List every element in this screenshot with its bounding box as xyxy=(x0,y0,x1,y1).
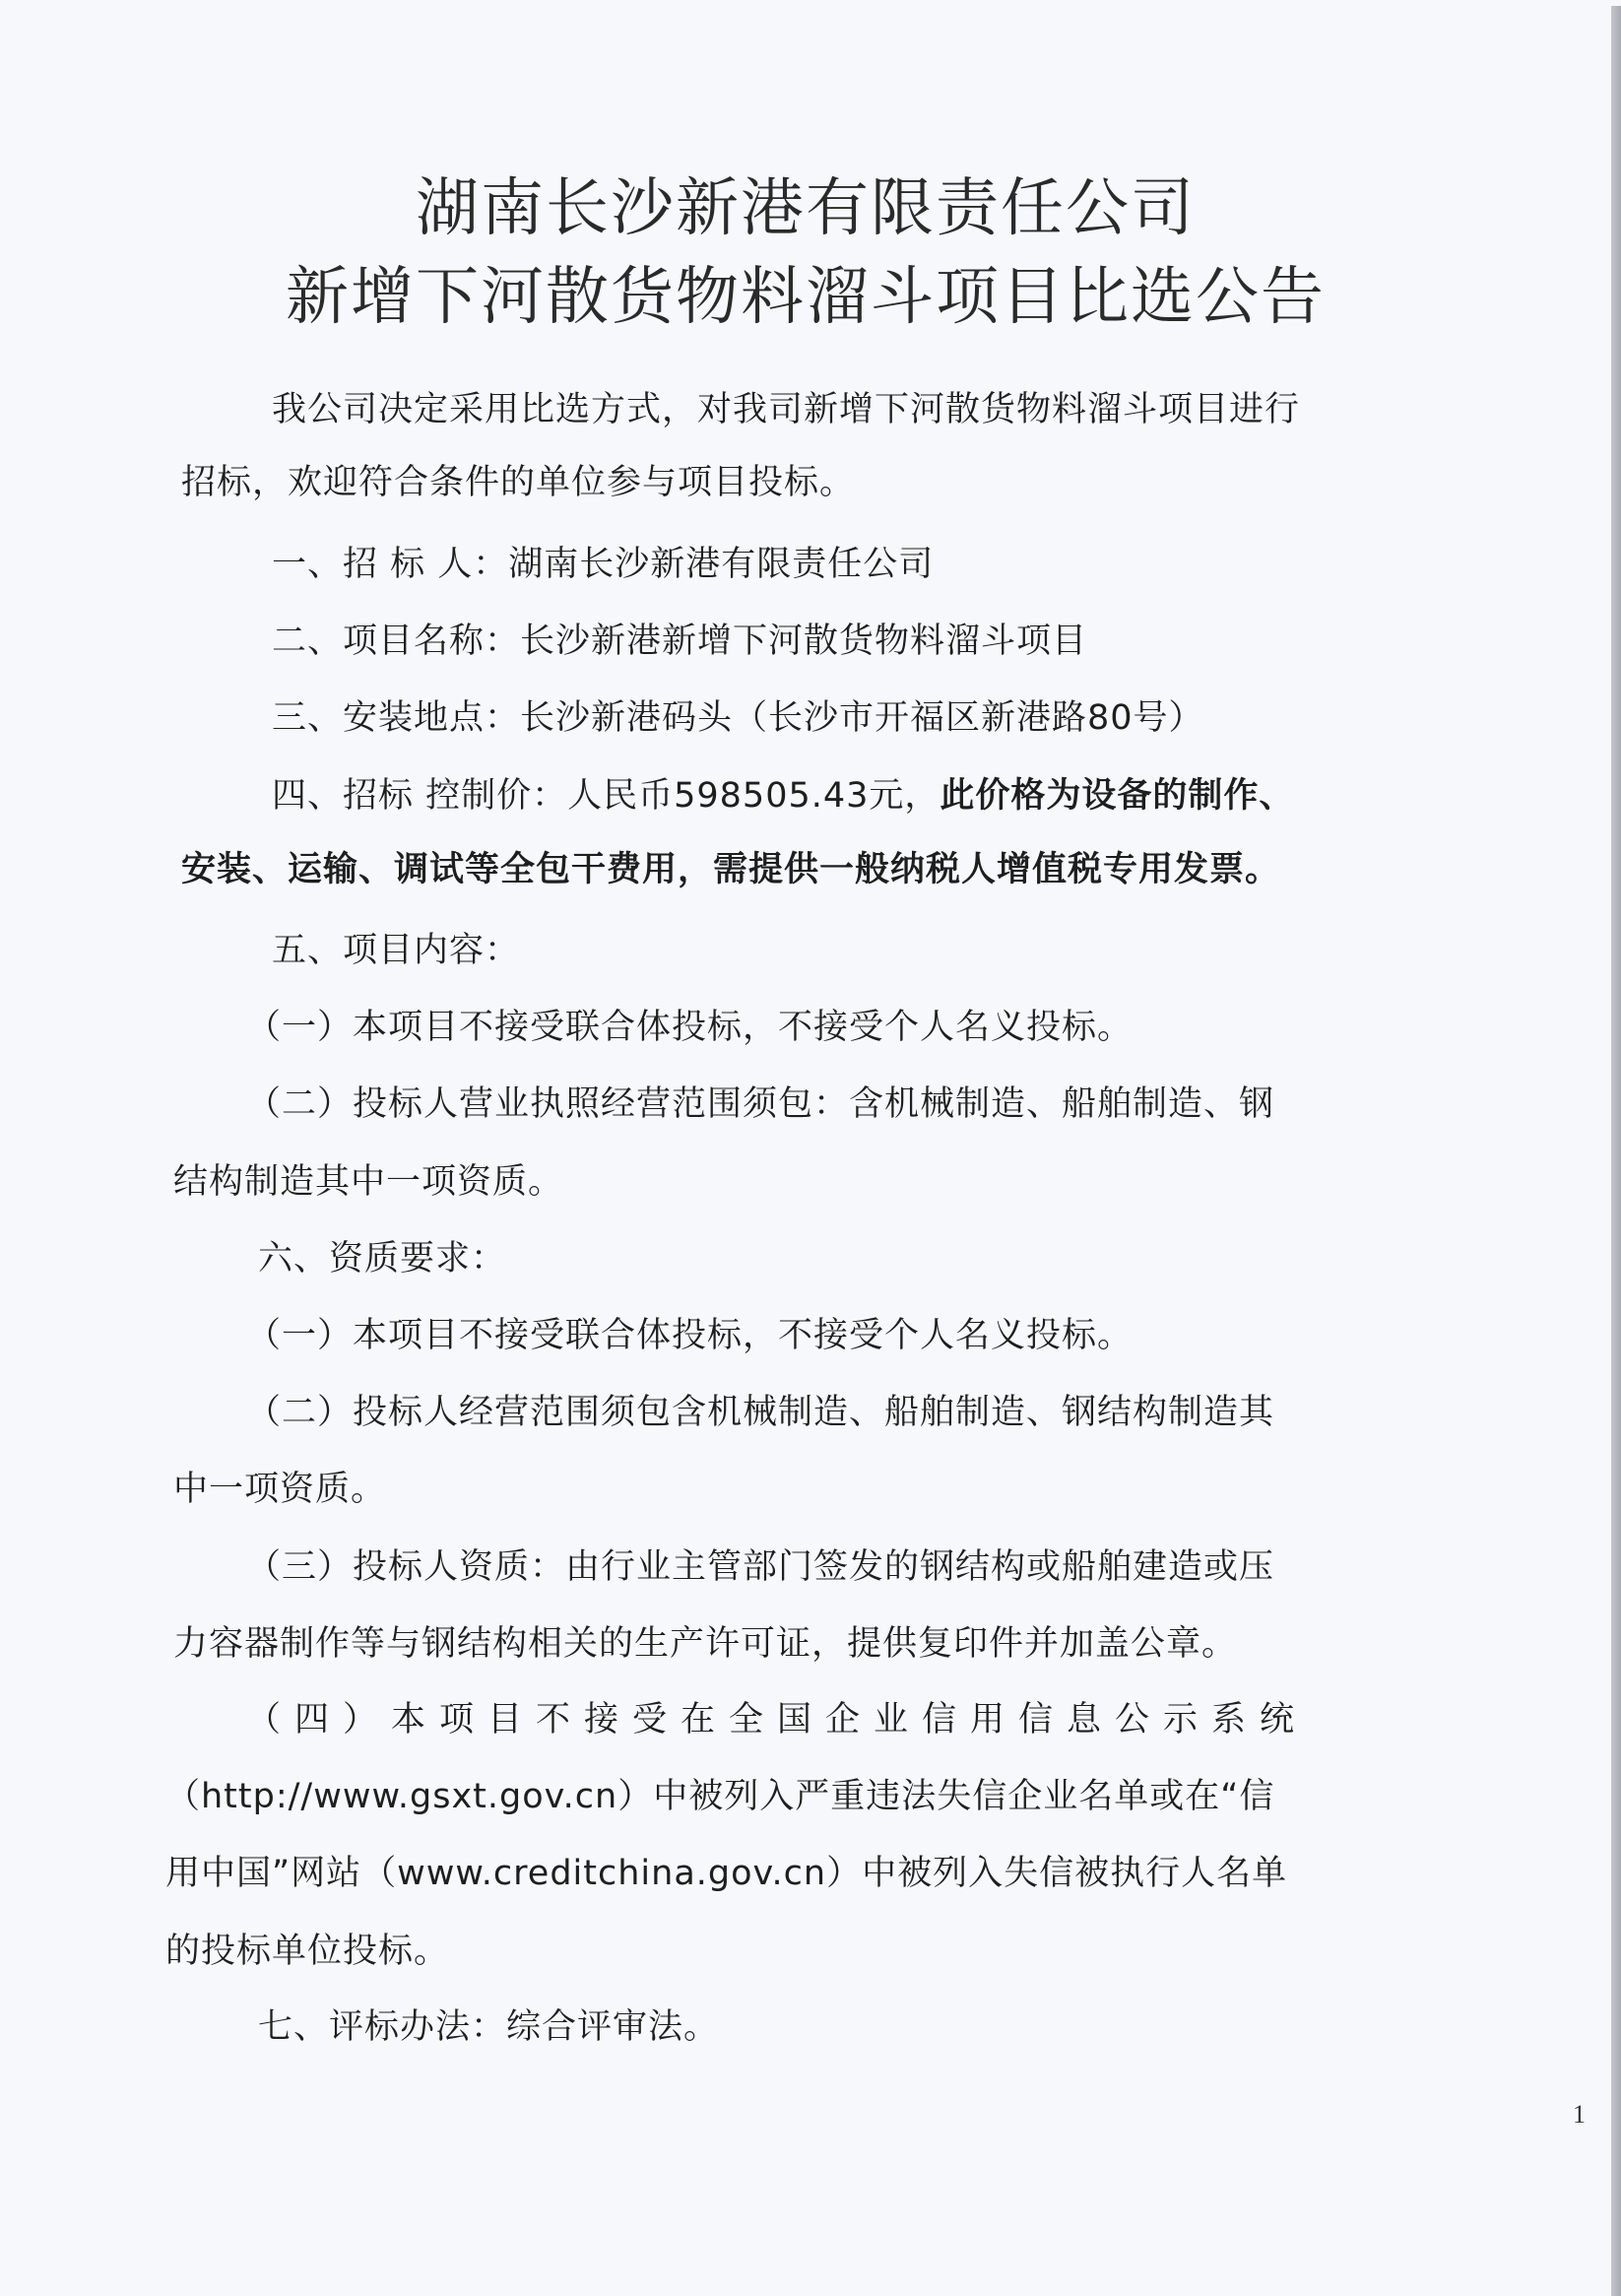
control-price-note: 此价格为设备的制作、 xyxy=(940,776,1294,816)
project-content-item2-line2: 结构制造其中一项资质。 xyxy=(173,1154,563,1204)
intro-line1: 我公司决定采用比选方式，对我司新增下河散货物料溜斗项目进行 xyxy=(272,382,1300,431)
section-control-price: 四、招标 控制价：人民币598505.43元，此价格为设备的制作、 xyxy=(272,768,1294,818)
control-price-note-line2: 安装、运输、调试等全包干费用，需提供一般纳税人增值税专用发票。 xyxy=(181,842,1280,891)
qualification-item4-line1: （四）本项目不接受在全国企业信用信息公示系统 xyxy=(246,1692,1308,1741)
section-bidder: 一、招 标 人：湖南长沙新港有限责任公司 xyxy=(272,537,934,586)
section-install-location: 三、安装地点：长沙新港码头（长沙市开福区新港路80号） xyxy=(272,690,1204,740)
section-qualification-heading: 六、资质要求： xyxy=(258,1231,506,1280)
project-content-item2-line1: （二）投标人营业执照经营范围须包：含机械制造、船舶制造、钢 xyxy=(246,1077,1274,1126)
control-price-text: 四、招标 控制价：人民币598505.43元， xyxy=(272,776,940,816)
qualification-item3-line1: （三）投标人资质：由行业主管部门签发的钢结构或船舶建造或压 xyxy=(246,1540,1274,1589)
qualification-item2-line1: （二）投标人经营范围须包含机械制造、船舶制造、钢结构制造其 xyxy=(246,1385,1274,1434)
document-title-line2: 新增下河散货物料溜斗项目比选公告 xyxy=(0,246,1611,337)
document-title-line1: 湖南长沙新港有限责任公司 xyxy=(0,158,1611,248)
qualification-item2-line2: 中一项资质。 xyxy=(173,1462,386,1511)
section-project-name: 二、项目名称：长沙新港新增下河散货物料溜斗项目 xyxy=(272,614,1087,663)
project-content-item1: （一）本项目不接受联合体投标，不接受个人名义投标。 xyxy=(246,1000,1133,1049)
section-evaluation-method: 七、评标办法：综合评审法。 xyxy=(258,2000,719,2049)
scan-edge xyxy=(1611,6,1621,2296)
page-number: 1 xyxy=(1573,2100,1586,2130)
section-project-content-heading: 五、项目内容： xyxy=(272,923,520,972)
document-page: 湖南长沙新港有限责任公司 新增下河散货物料溜斗项目比选公告 我公司决定采用比选方… xyxy=(0,0,1611,2296)
intro-line2: 招标，欢迎符合条件的单位参与项目投标。 xyxy=(181,455,855,504)
qualification-item1: （一）本项目不接受联合体投标，不接受个人名义投标。 xyxy=(246,1308,1133,1357)
qualification-item3-line2: 力容器制作等与钢结构相关的生产许可证，提供复印件并加盖公章。 xyxy=(173,1616,1237,1666)
qualification-item4-line2: （http://www.gsxt.gov.cn）中被列入严重违法失信企业名单或在… xyxy=(165,1769,1274,1818)
qualification-item4-line3: 用中国”网站（www.creditchina.gov.cn）中被列入失信被执行人… xyxy=(165,1846,1287,1895)
qualification-item4-line4: 的投标单位投标。 xyxy=(165,1924,449,1973)
